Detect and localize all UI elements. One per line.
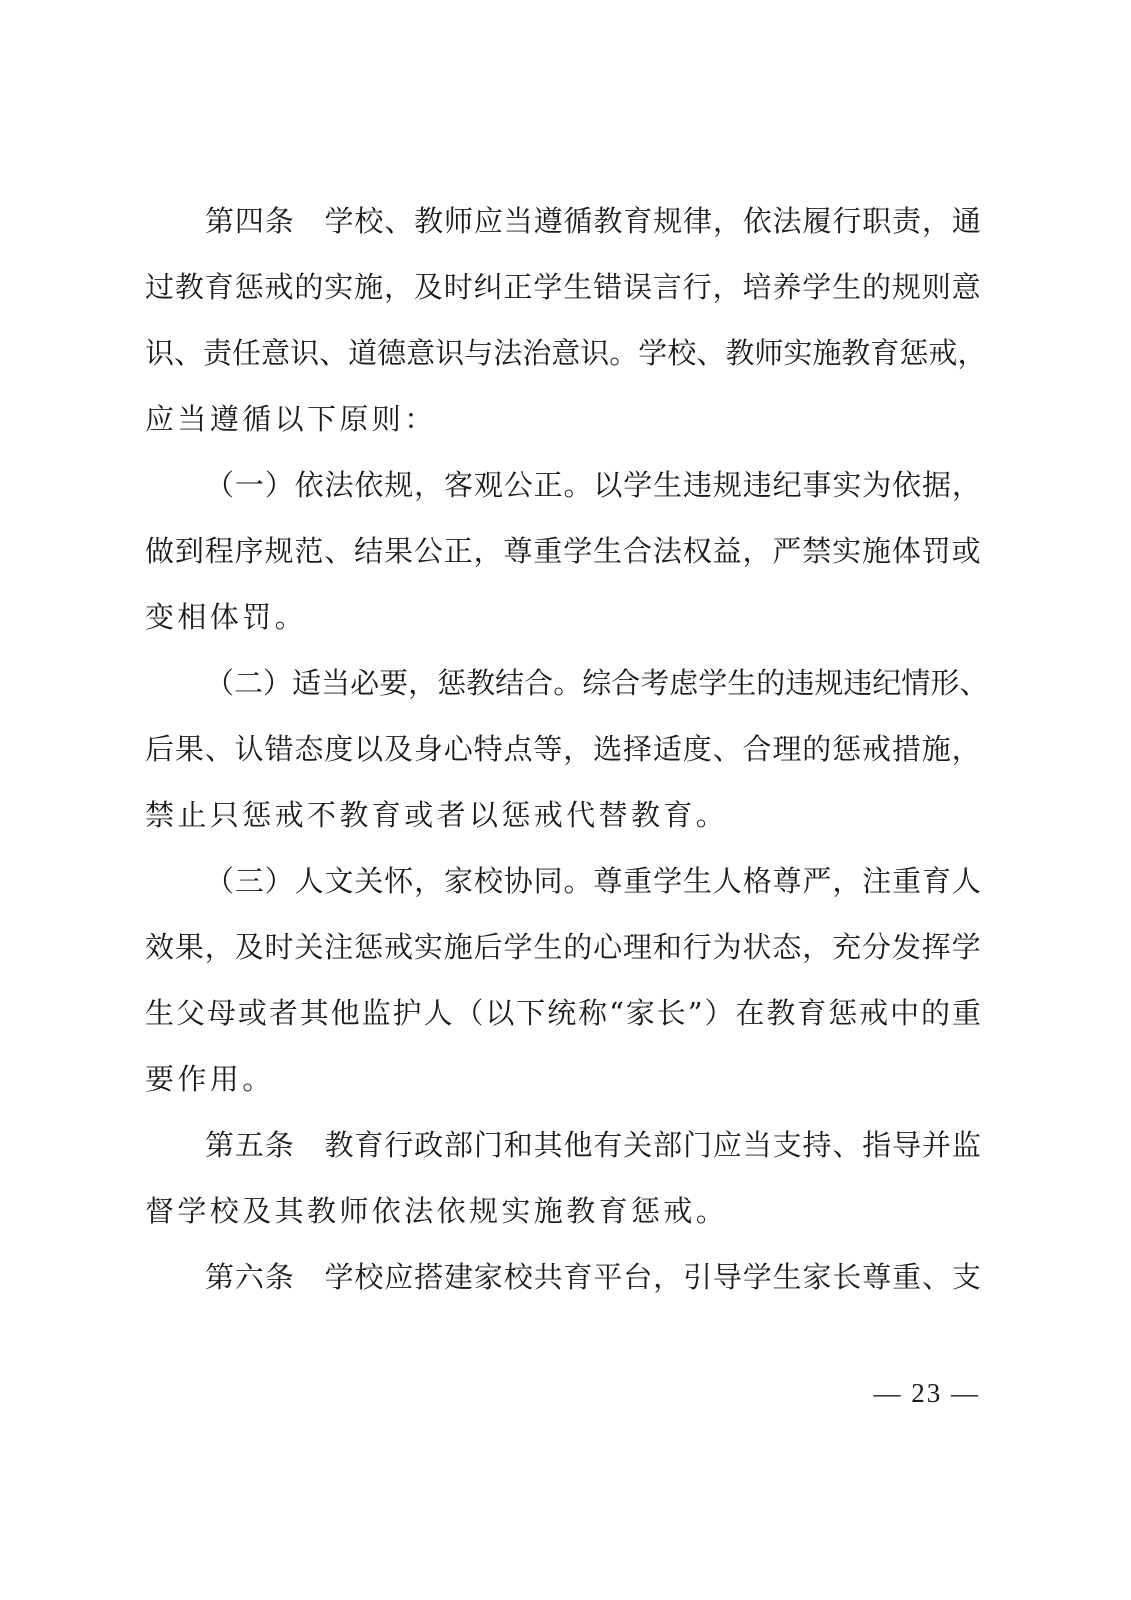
paragraph-article-6: 第六条 学校应搭建家校共育平台，引导学生家长尊重、支	[145, 1244, 981, 1310]
text-line: 第四条 学校、教师应当遵循教育规律，依法履行职责，通	[145, 188, 981, 254]
text-line: 效果，及时关注惩戒实施后学生的心理和行为状态，充分发挥学	[145, 914, 981, 980]
text-line: 第五条 教育行政部门和其他有关部门应当支持、指导并监	[145, 1112, 981, 1178]
document-page: 第四条 学校、教师应当遵循教育规律，依法履行职责，通 过教育惩戒的实施，及时纠正…	[145, 188, 981, 1310]
text-line: 禁止只惩戒不教育或者以惩戒代替教育。	[145, 782, 981, 848]
text-line: （一）依法依规，客观公正。以学生违规违纪事实为依据，	[145, 452, 981, 518]
text-line: 应当遵循以下原则：	[145, 386, 981, 452]
text-line: 生父母或者其他监护人（以下统称“家长”）在教育惩戒中的重	[145, 980, 981, 1046]
text-line: 变相体罚。	[145, 584, 981, 650]
paragraph-principle-3: （三）人文关怀，家校协同。尊重学生人格尊严，注重育人 效果，及时关注惩戒实施后学…	[145, 848, 981, 1112]
paragraph-article-4: 第四条 学校、教师应当遵循教育规律，依法履行职责，通 过教育惩戒的实施，及时纠正…	[145, 188, 981, 452]
text-line: 过教育惩戒的实施，及时纠正学生错误言行，培养学生的规则意	[145, 254, 981, 320]
text-line: 要作用。	[145, 1046, 981, 1112]
page-number: — 23 —	[840, 1378, 980, 1409]
text-line: 第六条 学校应搭建家校共育平台，引导学生家长尊重、支	[145, 1244, 981, 1310]
text-line: 识、责任意识、道德意识与法治意识。学校、教师实施教育惩戒，	[145, 320, 981, 386]
text-line: 做到程序规范、结果公正，尊重学生合法权益，严禁实施体罚或	[145, 518, 981, 584]
text-line: 督学校及其教师依法依规实施教育惩戒。	[145, 1178, 981, 1244]
paragraph-principle-1: （一）依法依规，客观公正。以学生违规违纪事实为依据， 做到程序规范、结果公正，尊…	[145, 452, 981, 650]
paragraph-article-5: 第五条 教育行政部门和其他有关部门应当支持、指导并监 督学校及其教师依法依规实施…	[145, 1112, 981, 1244]
text-line: （三）人文关怀，家校协同。尊重学生人格尊严，注重育人	[145, 848, 981, 914]
text-line: （二）适当必要，惩教结合。综合考虑学生的违规违纪情形、	[145, 650, 981, 716]
paragraph-principle-2: （二）适当必要，惩教结合。综合考虑学生的违规违纪情形、 后果、认错态度以及身心特…	[145, 650, 981, 848]
text-line: 后果、认错态度以及身心特点等，选择适度、合理的惩戒措施，	[145, 716, 981, 782]
